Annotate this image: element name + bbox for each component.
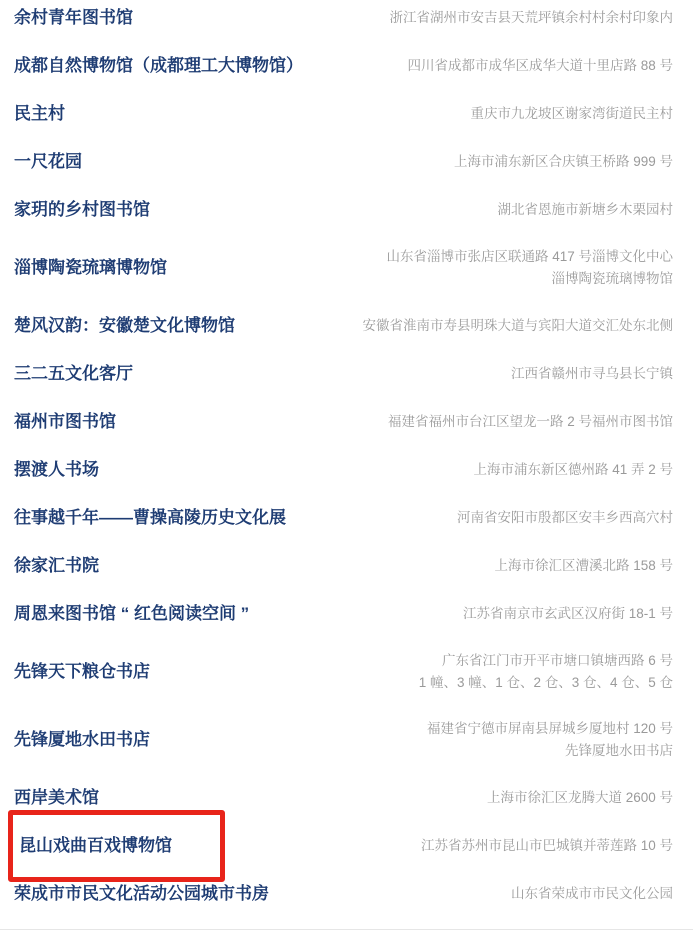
list-item: 余村青年图书馆 浙江省湖州市安吉县天荒坪镇余村村余村印象内: [14, 6, 673, 30]
list-item: 成都自然博物馆（成都理工大博物馆） 四川省成都市成华区成华大道十里店路 88 号: [14, 54, 673, 78]
list-item: 徐家汇书院 上海市徐汇区漕溪北路 158 号: [14, 554, 673, 578]
venue-address: 江苏省苏州市昆山市巴城镇并蒂莲路 10 号: [421, 835, 673, 857]
venue-name[interactable]: 成都自然博物馆（成都理工大博物馆）: [14, 54, 317, 78]
list-item: 淄博陶瓷琉璃博物馆 山东省淄博市张店区联通路 417 号淄博文化中心 淄博陶瓷琉…: [14, 246, 673, 290]
venue-name[interactable]: 楚风汉韵：安徽楚文化博物馆: [14, 314, 249, 338]
highlight-annotation-box: 昆山戏曲百戏博物馆: [8, 810, 225, 882]
venue-address: 上海市徐汇区龙腾大道 2600 号: [487, 787, 673, 809]
venue-name[interactable]: 荣成市市民文化活动公园城市书房: [14, 882, 283, 906]
list-item: 周恩来图书馆 “ 红色阅读空间 ” 江苏省南京市玄武区汉府街 18-1 号: [14, 602, 673, 626]
venue-name[interactable]: 徐家汇书院: [14, 554, 113, 578]
venue-name[interactable]: 家玥的乡村图书馆: [14, 198, 164, 222]
venue-address: 山东省淄博市张店区联通路 417 号淄博文化中心 淄博陶瓷琉璃博物馆: [386, 246, 673, 290]
venue-address: 福建省宁德市屏南县屏城乡厦地村 120 号 先锋厦地水田书店: [427, 718, 673, 762]
list-item: 西岸美术馆 上海市徐汇区龙腾大道 2600 号: [14, 786, 673, 810]
venue-name[interactable]: 西岸美术馆: [14, 786, 113, 810]
list-item: 民主村 重庆市九龙坡区谢家湾街道民主村: [14, 102, 673, 126]
venue-name[interactable]: 三二五文化客厅: [14, 362, 147, 386]
venue-address: 广东省江门市开平市塘口镇塘西路 6 号 1 幢、3 幢、1 仓、2 仓、3 仓、…: [419, 650, 673, 694]
venue-address: 上海市徐汇区漕溪北路 158 号: [494, 555, 673, 577]
list-item: 往事越千年——曹操高陵历史文化展 河南省安阳市殷都区安丰乡西高穴村: [14, 506, 673, 530]
list-item: 先锋天下粮仓书店 广东省江门市开平市塘口镇塘西路 6 号 1 幢、3 幢、1 仓…: [14, 650, 673, 694]
venue-address: 江苏省南京市玄武区汉府街 18-1 号: [463, 603, 673, 625]
list-item: 一尺花园 上海市浦东新区合庆镇王桥路 999 号: [14, 150, 673, 174]
venue-address: 安徽省淮南市寿县明珠大道与宾阳大道交汇处东北侧: [363, 315, 674, 337]
venue-address: 上海市浦东新区合庆镇王桥路 999 号: [454, 151, 673, 173]
venue-name[interactable]: 淄博陶瓷琉璃博物馆: [14, 256, 181, 280]
venue-name[interactable]: 周恩来图书馆 “ 红色阅读空间 ”: [14, 602, 263, 626]
venue-name[interactable]: 先锋厦地水田书店: [14, 728, 164, 752]
venue-name[interactable]: 摆渡人书场: [14, 458, 113, 482]
list-item: 摆渡人书场 上海市浦东新区德州路 41 弄 2 号: [14, 458, 673, 482]
venue-address: 河南省安阳市殷都区安丰乡西高穴村: [457, 507, 673, 529]
list-item: 三二五文化客厅 江西省赣州市寻乌县长宁镇: [14, 362, 673, 386]
list-item: 楚风汉韵：安徽楚文化博物馆 安徽省淮南市寿县明珠大道与宾阳大道交汇处东北侧: [14, 314, 673, 338]
venue-name[interactable]: 福州市图书馆: [14, 410, 130, 434]
venue-address: 江西省赣州市寻乌县长宁镇: [511, 363, 673, 385]
list-item: 福州市图书馆 福建省福州市台江区望龙一路 2 号福州市图书馆: [14, 410, 673, 434]
venue-name[interactable]: 民主村: [14, 102, 79, 126]
venue-name[interactable]: 一尺花园: [14, 150, 96, 174]
venue-name[interactable]: 先锋天下粮仓书店: [14, 660, 164, 684]
venue-address: 湖北省恩施市新塘乡木栗园村: [498, 199, 674, 221]
list-item: 家玥的乡村图书馆 湖北省恩施市新塘乡木栗园村: [14, 198, 673, 222]
venue-address: 山东省荣成市市民文化公园: [511, 883, 673, 905]
venue-name[interactable]: 往事越千年——曹操高陵历史文化展: [14, 506, 300, 530]
list-item-highlighted: 昆山戏曲百戏博物馆 江苏省苏州市昆山市巴城镇并蒂莲路 10 号: [14, 834, 673, 858]
bottom-divider: [0, 929, 693, 930]
venue-address: 浙江省湖州市安吉县天荒坪镇余村村余村印象内: [390, 7, 674, 29]
list-item: 先锋厦地水田书店 福建省宁德市屏南县屏城乡厦地村 120 号 先锋厦地水田书店: [14, 718, 673, 762]
venue-name[interactable]: 昆山戏曲百戏博物馆: [19, 834, 212, 858]
venue-name[interactable]: 余村青年图书馆: [14, 6, 147, 30]
venue-address: 福建省福州市台江区望龙一路 2 号福州市图书馆: [388, 411, 673, 433]
venue-address: 四川省成都市成华区成华大道十里店路 88 号: [407, 55, 673, 77]
venue-list: 余村青年图书馆 浙江省湖州市安吉县天荒坪镇余村村余村印象内 成都自然博物馆（成都…: [0, 0, 693, 906]
venue-address: 重庆市九龙坡区谢家湾街道民主村: [471, 103, 674, 125]
venue-address: 上海市浦东新区德州路 41 弄 2 号: [473, 459, 673, 481]
list-item: 荣成市市民文化活动公园城市书房 山东省荣成市市民文化公园: [14, 882, 673, 906]
